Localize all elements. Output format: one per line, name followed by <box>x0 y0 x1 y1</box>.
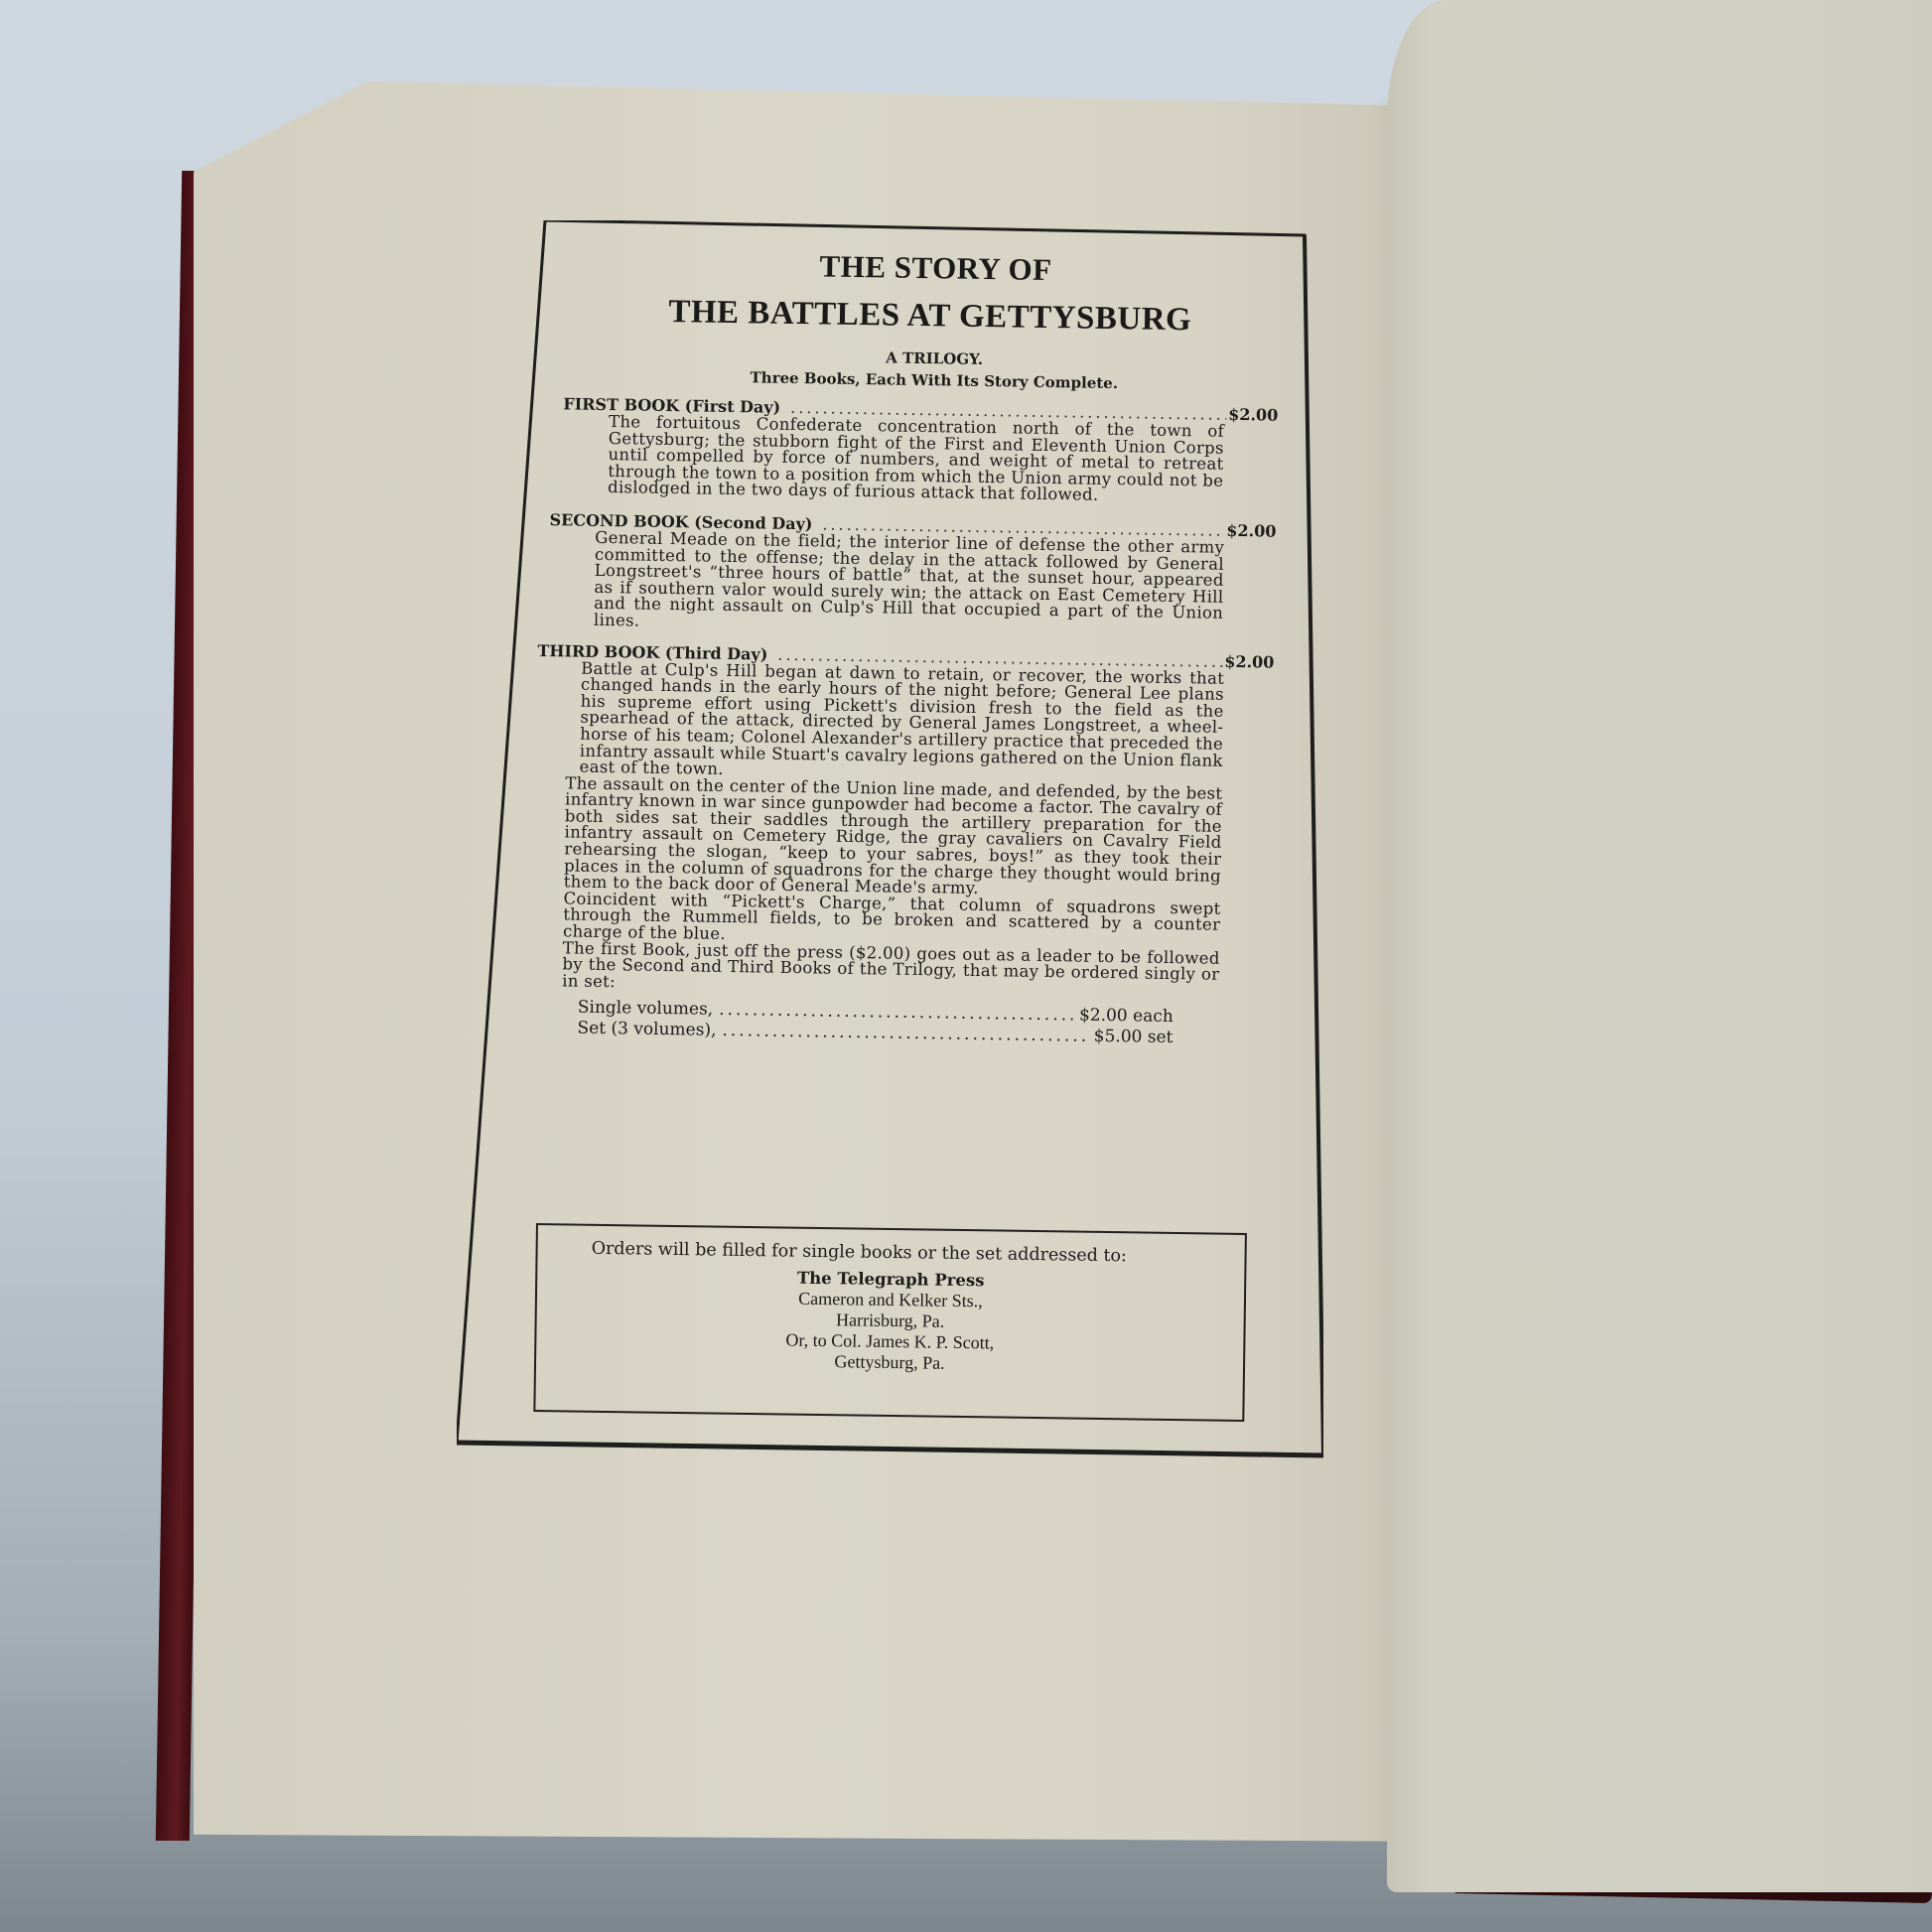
book-price: $2.00 <box>1228 406 1278 425</box>
order-intro: Orders will be filled for single books o… <box>552 1239 1231 1268</box>
right-page-blank <box>1387 0 1932 1892</box>
book-description: The fortuitous Confederate concentration… <box>608 414 1224 506</box>
advertisement-content: THE STORY OF THE BATTLES AT GETTYSBURG A… <box>531 238 1299 1050</box>
book-paragraph-2: The assault on the center of the Union l… <box>564 775 1223 901</box>
book-entry-first: FIRST BOOK (First Day) .................… <box>562 395 1278 506</box>
book-price: $2.00 <box>1226 522 1276 541</box>
book-description: General Meade on the field; the interior… <box>594 530 1224 639</box>
book-description-text: The fortuitous Confederate concentration… <box>608 414 1224 506</box>
subtitle: A TRILOGY. Three Books, Each With Its St… <box>572 342 1298 396</box>
book-entry-third: THIRD BOOK (Third Day) .................… <box>531 641 1274 1049</box>
book-description-text: General Meade on the field; the interior… <box>594 530 1224 639</box>
pricing-value: $5.00 set <box>1094 1027 1173 1048</box>
book-description-text: Battle at Culp's Hill began at dawn to r… <box>580 660 1225 785</box>
pricing-value: $2.00 each <box>1079 1006 1173 1028</box>
title-line-2: THE BATTLES AT GETTYSBURG <box>562 286 1298 345</box>
order-address-box: Orders will be filled for single books o… <box>533 1223 1247 1422</box>
page-title: THE STORY OF THE BATTLES AT GETTYSBURG <box>542 238 1298 345</box>
book-entry-second: SECOND BOOK (Second Day) ...............… <box>548 511 1277 639</box>
order-address: The Telegraph Press Cameron and Kelker S… <box>536 1264 1244 1378</box>
pricing-label: Set (3 volumes), <box>577 1019 716 1041</box>
book-description-continued: The assault on the center of the Union l… <box>562 775 1222 1000</box>
book-paragraph-4: The first Book, just off the press ($2.0… <box>562 940 1220 1000</box>
book-price: $2.00 <box>1224 652 1274 671</box>
book-description: Battle at Culp's Hill began at dawn to r… <box>580 660 1225 785</box>
pricing-label: Single volumes, <box>578 998 714 1021</box>
